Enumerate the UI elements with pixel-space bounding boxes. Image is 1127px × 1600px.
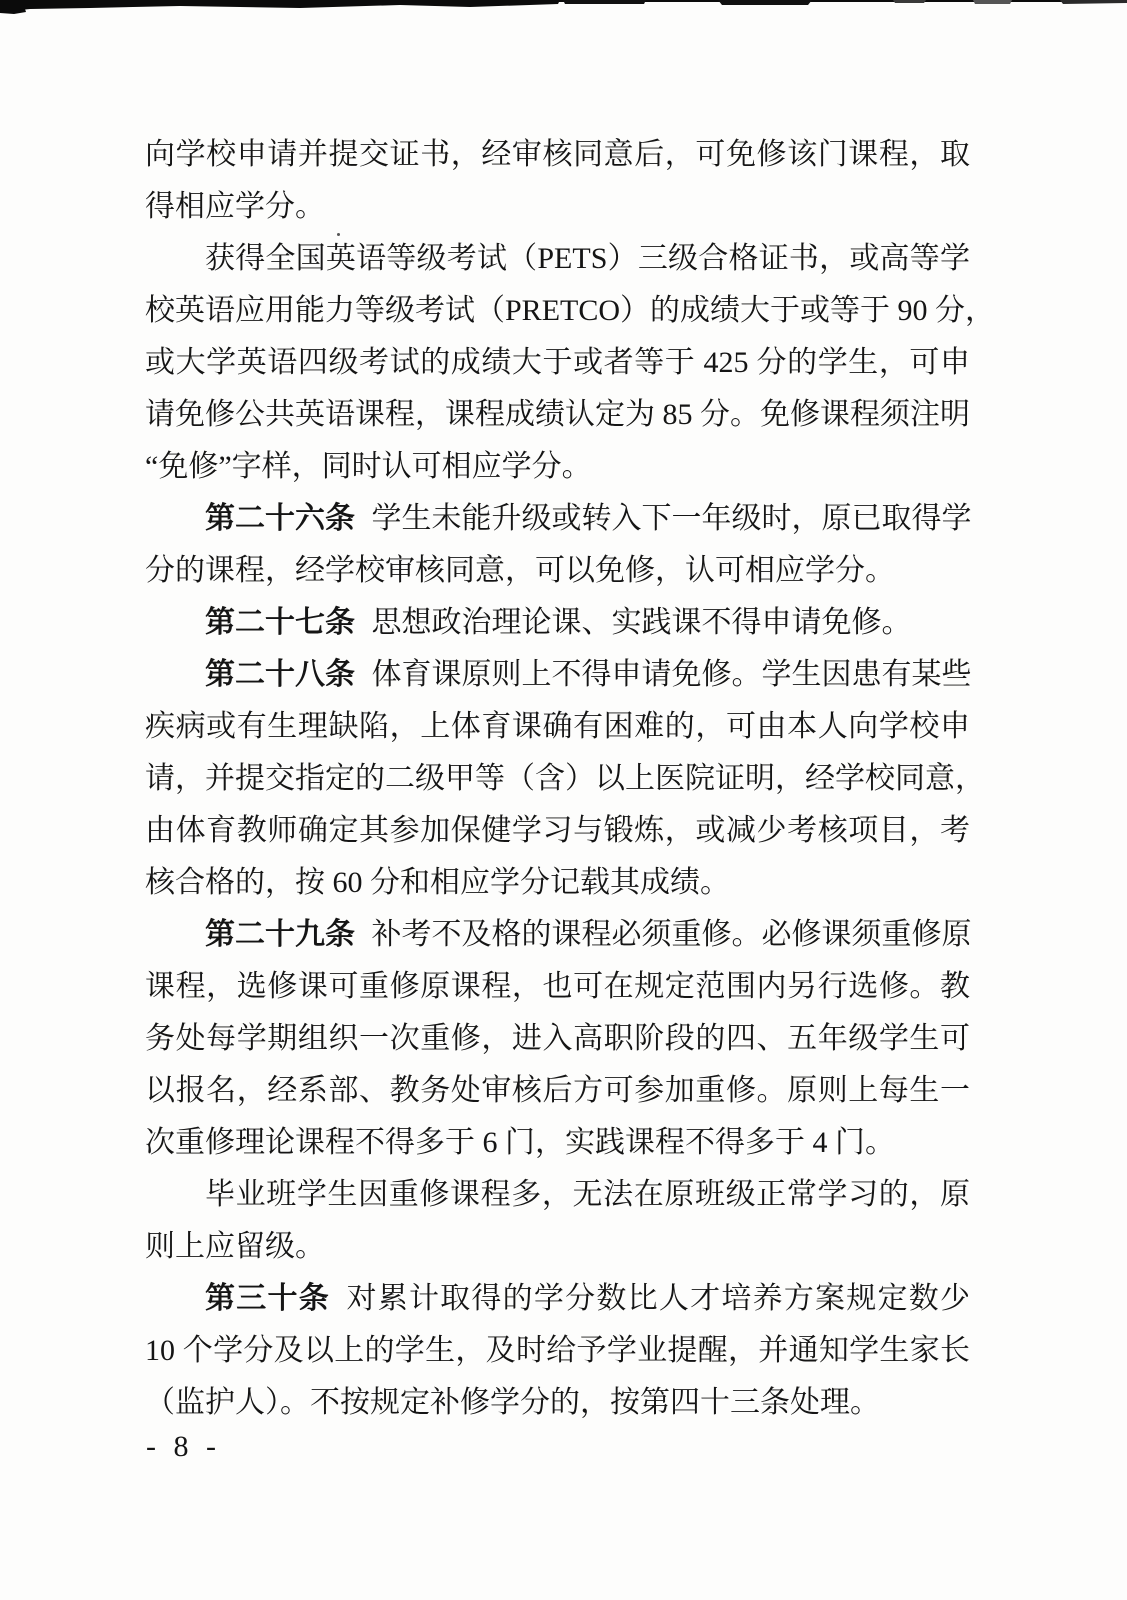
text-line: 次重修理论课程不得多于 6 门，实践课程不得多于 4 门。 — [145, 1117, 970, 1169]
article-number: 第二十八条 — [205, 658, 355, 691]
text-line: 请免修公共英语课程，课程成绩认定为 85 分。免修课程须注明 — [145, 389, 970, 441]
page-number: - 8 - — [146, 1424, 221, 1470]
text-line: 疾病或有生理缺陷，上体育课确有困难的，可由本人向学校申 — [145, 701, 970, 753]
article-number: 第三十条 — [205, 1282, 330, 1315]
text-line: 核合格的，按 60 分和相应学分记载其成绩。 — [145, 857, 970, 909]
article-number: 第二十六条 — [205, 502, 355, 535]
line-text: 请，并提交指定的二级甲等（含）以上医院证明，经学校同意， — [145, 762, 985, 795]
line-text: 向学校申请并提交证书，经审核同意后，可免修该门课程，取 — [145, 138, 970, 171]
line-text: 思想政治理论课、实践课不得申请免修。 — [372, 606, 912, 639]
text-line: 第三十条对累计取得的学分数比人才培养方案规定数少 — [145, 1273, 970, 1325]
document-body: 向学校申请并提交证书，经审核同意后，可免修该门课程，取 得相应学分。 获得全国英… — [145, 129, 970, 1429]
article-number: 第二十七条 — [205, 606, 355, 639]
document-page: 向学校申请并提交证书，经审核同意后，可免修该门课程，取 得相应学分。 获得全国英… — [0, 0, 1127, 1600]
text-line: 10 个学分及以上的学生，及时给予学业提醒，并通知学生家长 — [145, 1325, 970, 1377]
text-line: 校英语应用能力等级考试（PRETCO）的成绩大于或等于 90 分， — [145, 285, 970, 337]
text-line: （监护人）。不按规定补修学分的，按第四十三条处理。 — [145, 1377, 970, 1429]
text-line: 第二十九条补考不及格的课程必须重修。必修课须重修原 — [145, 909, 970, 961]
text-line: 向学校申请并提交证书，经审核同意后，可免修该门课程，取 — [145, 129, 970, 181]
line-text: 请免修公共英语课程，课程成绩认定为 85 分。免修课程须注明 — [145, 398, 970, 431]
line-text: 得相应学分。 — [145, 190, 325, 223]
line-text: 补考不及格的课程必须重修。必修课须重修原 — [372, 918, 972, 951]
line-text: 课程，选修课可重修原课程，也可在规定范围内另行选修。教 — [145, 970, 970, 1003]
line-text: 核合格的，按 60 分和相应学分记载其成绩。 — [145, 866, 730, 899]
text-line: 第二十八条体育课原则上不得申请免修。学生因患有某些 — [145, 649, 970, 701]
line-text: 分的课程，经学校审核同意，可以免修，认可相应学分。 — [145, 554, 895, 587]
line-text: 则上应留级。 — [145, 1230, 325, 1263]
text-line: 则上应留级。 — [145, 1221, 970, 1273]
text-line: “免修”字样，同时认可相应学分。 — [145, 441, 970, 493]
line-text: 毕业班学生因重修课程多，无法在原班级正常学习的，原 — [205, 1178, 970, 1211]
text-line: 获得全国英语等级考试（PETS）三级合格证书，或高等学 — [145, 233, 970, 285]
line-text: 体育课原则上不得申请免修。学生因患有某些 — [372, 658, 972, 691]
article-number: 第二十九条 — [205, 918, 355, 951]
text-line: 毕业班学生因重修课程多，无法在原班级正常学习的，原 — [145, 1169, 970, 1221]
line-text: （监护人）。不按规定补修学分的，按第四十三条处理。 — [145, 1386, 880, 1419]
line-text: 务处每学期组织一次重修，进入高职阶段的四、五年级学生可 — [145, 1022, 970, 1055]
line-text: 校英语应用能力等级考试（PRETCO）的成绩大于或等于 90 分， — [145, 294, 995, 327]
line-text: 由体育教师确定其参加保健学习与锻炼，或减少考核项目，考 — [145, 814, 970, 847]
line-text: “免修”字样，同时认可相应学分。 — [145, 450, 592, 483]
text-line: 由体育教师确定其参加保健学习与锻炼，或减少考核项目，考 — [145, 805, 970, 857]
text-line: 第二十七条思想政治理论课、实践课不得申请免修。 — [145, 597, 970, 649]
line-text: 对累计取得的学分数比人才培养方案规定数少 — [346, 1282, 970, 1315]
text-line: 第二十六条学生未能升级或转入下一年级时，原已取得学 — [145, 493, 970, 545]
text-line: 以报名，经系部、教务处审核后方可参加重修。原则上每生一 — [145, 1065, 970, 1117]
text-line: 得相应学分。 — [145, 181, 970, 233]
text-line: 课程，选修课可重修原课程，也可在规定范围内另行选修。教 — [145, 961, 970, 1013]
line-text: 10 个学分及以上的学生，及时给予学业提醒，并通知学生家长 — [145, 1334, 970, 1367]
line-text: 次重修理论课程不得多于 6 门，实践课程不得多于 4 门。 — [145, 1126, 895, 1159]
line-text: 以报名，经系部、教务处审核后方可参加重修。原则上每生一 — [145, 1074, 970, 1107]
line-text: 或大学英语四级考试的成绩大于或者等于 425 分的学生，可申 — [145, 346, 970, 379]
line-text: 获得全国英语等级考试（PETS）三级合格证书，或高等学 — [205, 242, 970, 275]
text-line: 务处每学期组织一次重修，进入高职阶段的四、五年级学生可 — [145, 1013, 970, 1065]
text-line: 或大学英语四级考试的成绩大于或者等于 425 分的学生，可申 — [145, 337, 970, 389]
line-text: 疾病或有生理缺陷，上体育课确有困难的，可由本人向学校申 — [145, 710, 970, 743]
line-text: 学生未能升级或转入下一年级时，原已取得学 — [372, 502, 972, 535]
text-line: 分的课程，经学校审核同意，可以免修，认可相应学分。 — [145, 545, 970, 597]
scan-artifact-top-edge — [0, 0, 1127, 16]
text-line: 请，并提交指定的二级甲等（含）以上医院证明，经学校同意， — [145, 753, 970, 805]
